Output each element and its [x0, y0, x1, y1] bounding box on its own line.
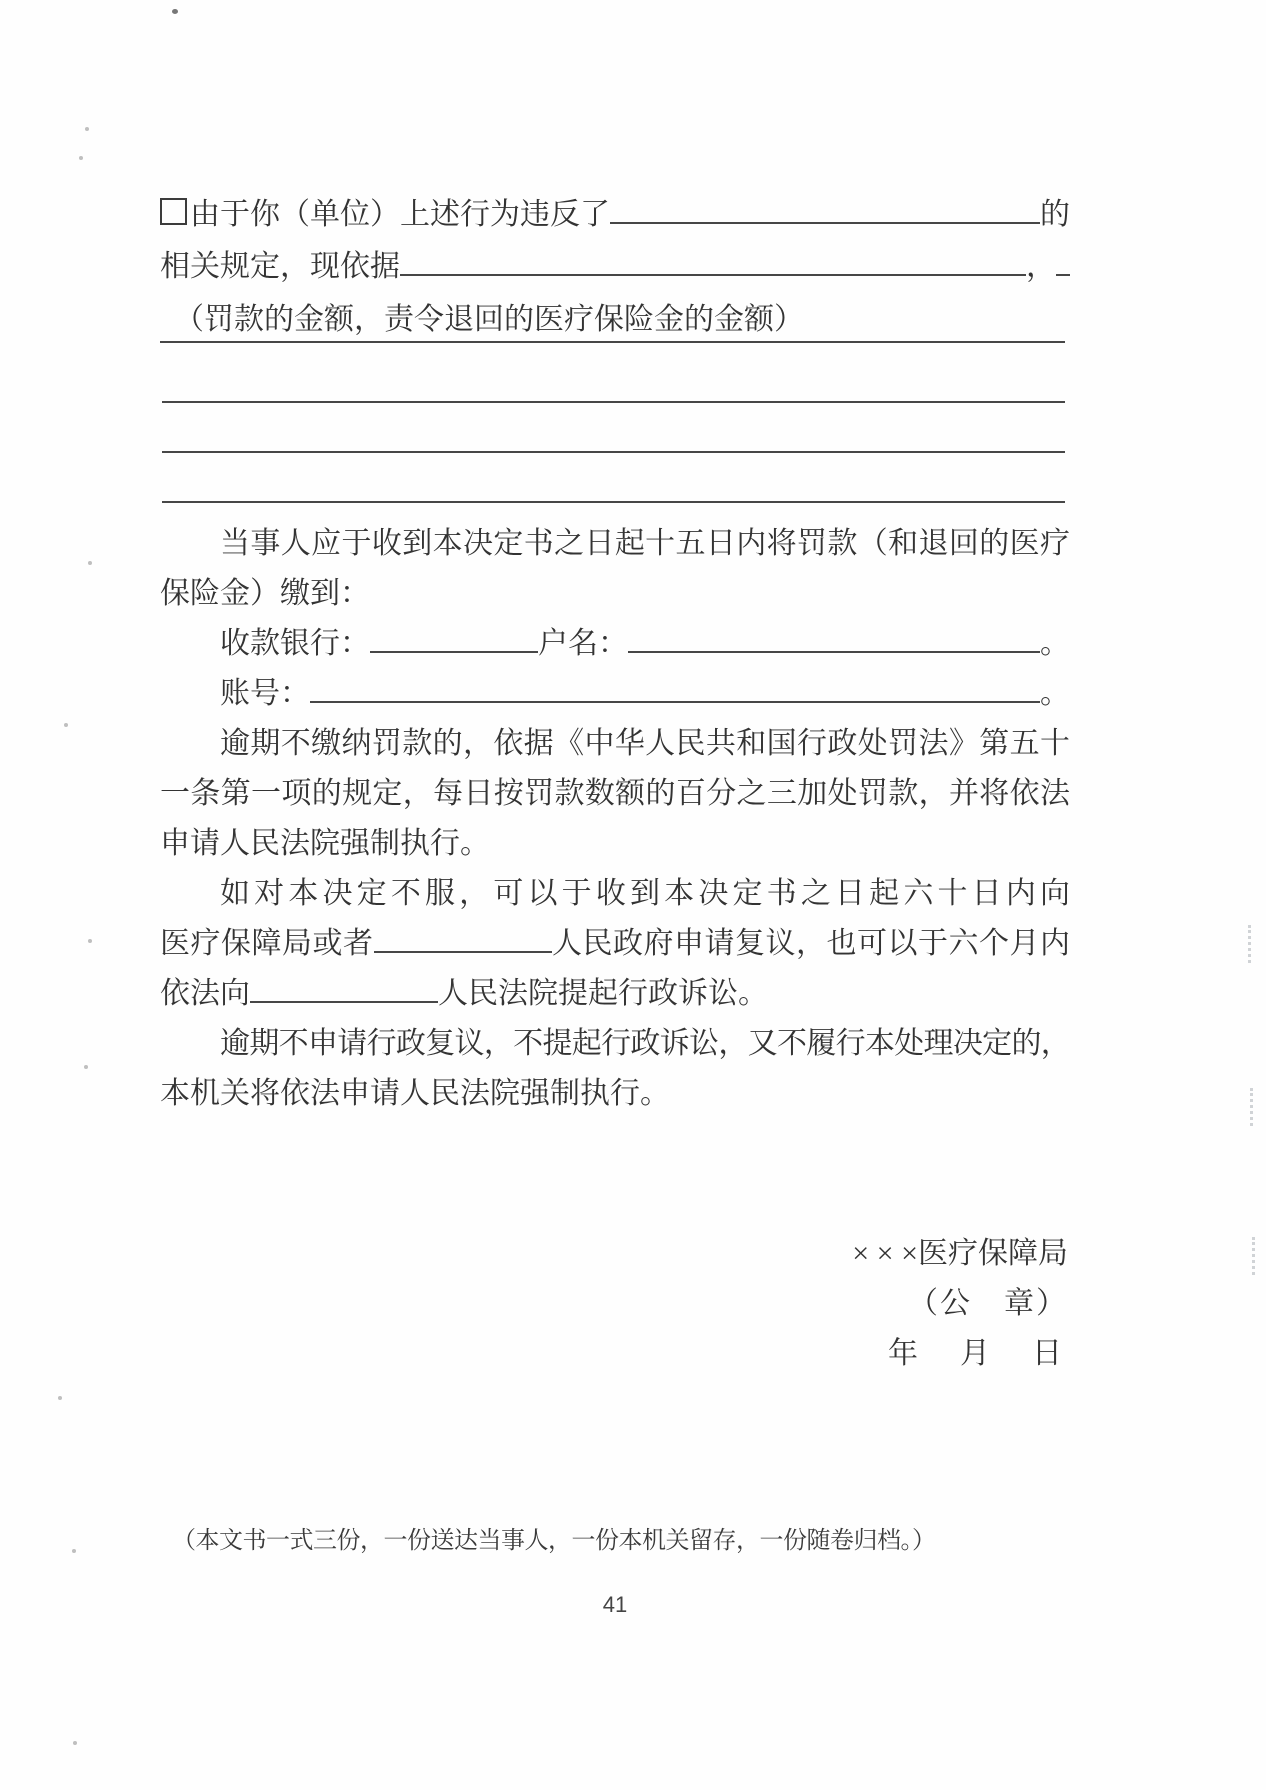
- appeal-paragraph-line3: 依法向人民法院提起行政诉讼。: [160, 972, 1070, 1016]
- pay-paragraph-line2: 保险金）缴到：: [160, 572, 1070, 616]
- form-line-basis: 相关规定，现依据 ，: [160, 245, 1070, 289]
- scan-speck: [64, 723, 68, 727]
- bank-name-blank-field: [370, 649, 538, 653]
- legal-basis-blank-field: [400, 274, 1026, 276]
- bank-line-period: 。: [1040, 622, 1070, 666]
- violation-prefix-text: 由于你（单位）上述行为违反了: [190, 193, 610, 237]
- amount-hint-text: （罚款的金额，责令退回的医疗保险金的金额）: [174, 303, 804, 336]
- overdue-paragraph-line2: 一条第一项的规定，每日按罚款数额的百分之三加处罚款，并将依法: [160, 772, 1070, 816]
- appeal-paragraph-line2: 医疗保障局或者人民政府申请复议，也可以于六个月内: [160, 922, 1070, 966]
- binding-artifact: [1250, 1088, 1253, 1126]
- scan-speck: [85, 127, 89, 131]
- scan-speck: [73, 1741, 77, 1745]
- distribution-note: （本文书一式三份，一份送达当事人，一份本机关留存，一份随卷归档。）: [172, 1520, 1112, 1555]
- scan-speck: [72, 1549, 76, 1553]
- blank-ruled-line: [162, 501, 1065, 503]
- holder-label-text: 户名：: [538, 622, 628, 666]
- appeal-paragraph-line1: 如对本决定不服，可以于收到本决定书之日起六十日内向: [160, 872, 1070, 916]
- checkbox-icon: [160, 198, 187, 225]
- scan-speck: [88, 561, 92, 565]
- bank-label-text: 收款银行：: [220, 622, 370, 666]
- account-label-text: 账号：: [220, 672, 310, 716]
- account-number-blank-field: [310, 701, 1040, 703]
- seal-placeholder: （公 章）: [568, 1282, 1068, 1326]
- account-line-period: 。: [1040, 672, 1070, 716]
- scanned-document-page: 由于你（单位）上述行为违反了 的 相关规定，现依据 ， （罚款的金额，责令退回的…: [0, 0, 1266, 1790]
- date-line: 年 月 日: [568, 1332, 1068, 1376]
- appeal-line3-suffix: 人民法院提起行政诉讼。: [438, 977, 768, 1010]
- government-name-blank-field: [374, 949, 552, 953]
- appeal-line3-prefix: 依法向: [160, 977, 250, 1010]
- appeal-line2-suffix: 人民政府申请复议，也可以于六个月内: [552, 927, 1071, 960]
- scan-speck: [172, 9, 178, 14]
- scan-speck: [58, 1396, 62, 1400]
- form-line-account: 账号： 。: [160, 672, 1070, 716]
- scan-speck: [79, 156, 83, 160]
- blank-ruled-line: [162, 451, 1065, 453]
- blank-stub: [1056, 272, 1070, 276]
- binding-artifact: [1252, 1237, 1255, 1275]
- enforce-paragraph-line2: 本机关将依法申请人民法院强制执行。: [160, 1072, 1070, 1116]
- court-name-blank-field: [250, 999, 438, 1003]
- violation-suffix-text: 的: [1040, 193, 1070, 237]
- form-line-bank: 收款银行： 户名： 。: [160, 622, 1070, 666]
- pay-paragraph-line1: 当事人应于收到本决定书之日起十五日内将罚款（和退回的医疗: [160, 522, 1070, 566]
- appeal-line2-prefix: 医疗保障局或者: [160, 927, 374, 960]
- violated-law-blank-field: [610, 222, 1040, 224]
- overdue-paragraph-line3: 申请人民法院强制执行。: [160, 822, 1070, 866]
- binding-artifact: [1248, 925, 1251, 963]
- scan-speck: [88, 939, 92, 943]
- basis-prefix-text: 相关规定，现依据: [160, 245, 400, 289]
- holder-name-blank-field: [628, 651, 1040, 653]
- page-number: 41: [160, 1592, 1070, 1618]
- scan-speck: [84, 1065, 88, 1069]
- form-line-amount-hint: （罚款的金额，责令退回的医疗保险金的金额）: [160, 297, 1065, 343]
- overdue-paragraph-line1: 逾期不缴纳罚款的，依据《中华人民共和国行政处罚法》第五十: [160, 722, 1070, 766]
- form-line-violation: 由于你（单位）上述行为违反了 的: [160, 193, 1070, 237]
- blank-ruled-line: [162, 401, 1065, 403]
- enforce-paragraph-line1: 逾期不申请行政复议，不提起行政诉讼，又不履行本处理决定的，: [160, 1022, 1070, 1066]
- basis-suffix-text: ，: [1026, 245, 1056, 289]
- agency-name: × × ×医疗保障局: [568, 1232, 1068, 1276]
